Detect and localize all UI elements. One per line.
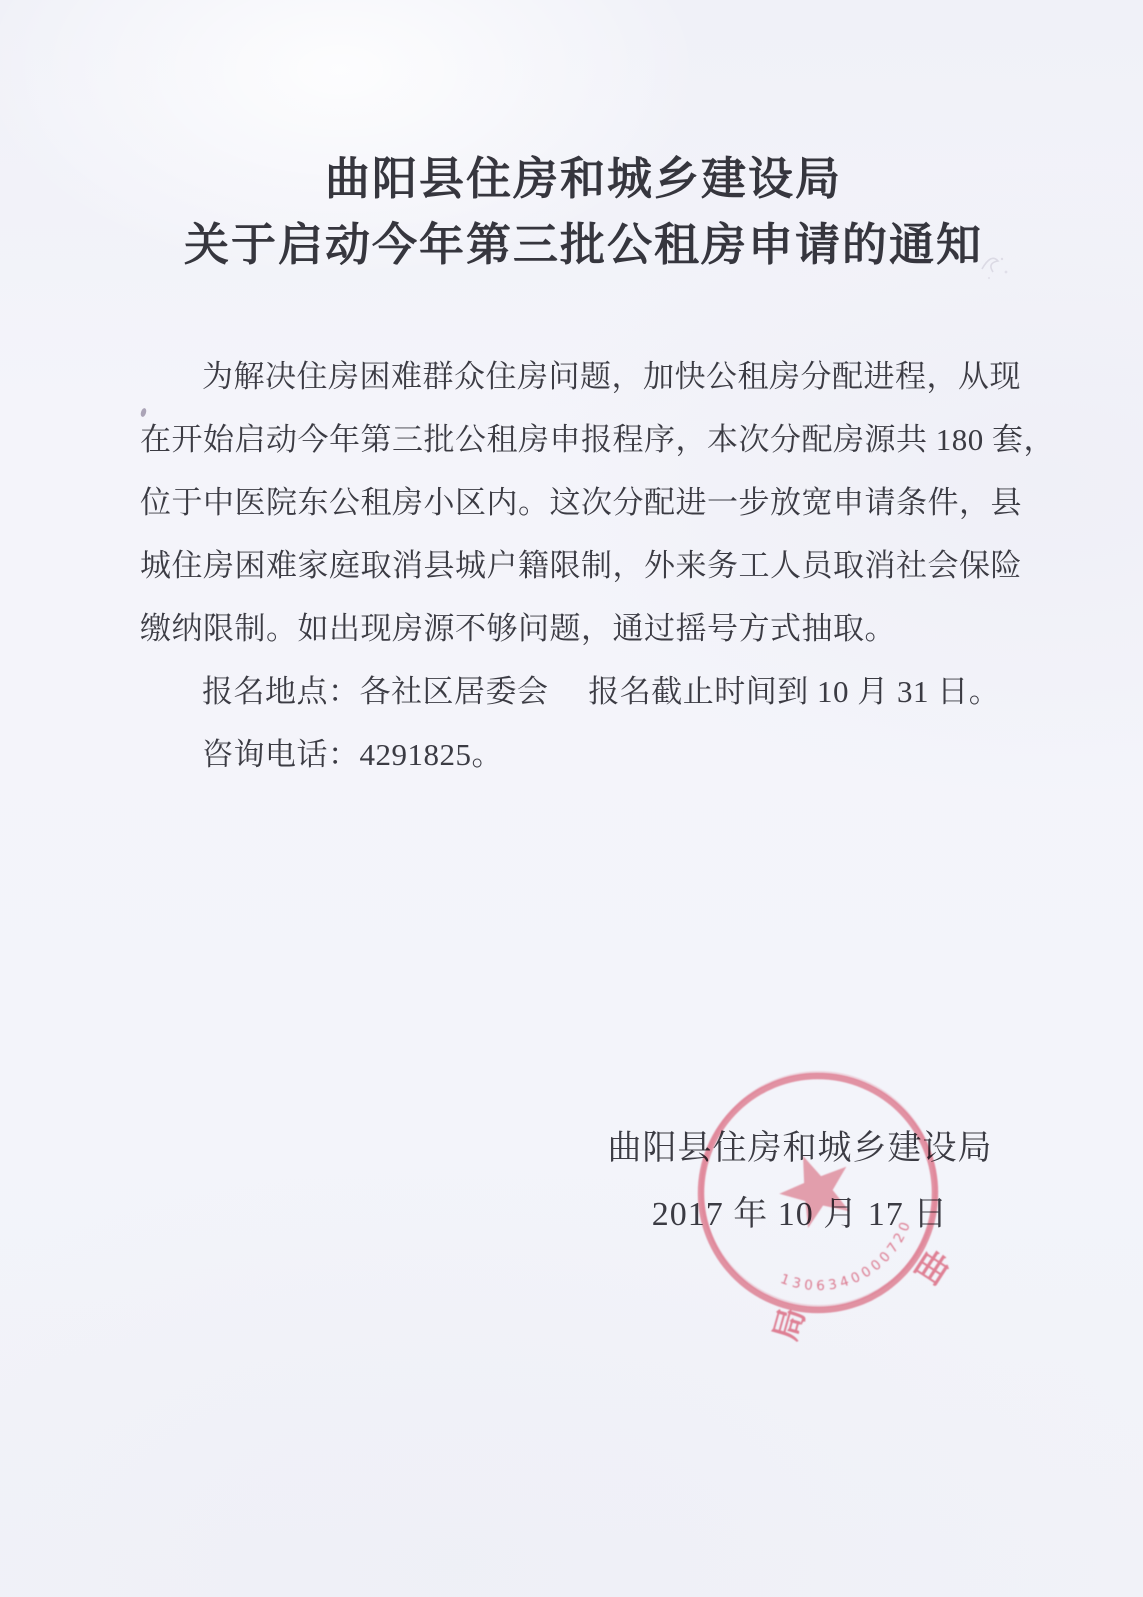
document-body: 为解决住房困难群众住房问题，加快公租房分配进程，从现 在开始启动今年第三批公租房… [140, 345, 1012, 786]
star-icon [770, 1142, 863, 1233]
body-line-phone: 咨询电话：4291825。 [140, 723, 1012, 786]
body-line-registration: 报名地点：各社区居委会 报名截止时间到 10 月 31 日。 [140, 660, 1012, 723]
title-line-issuer: 曲阳县住房和城乡建设局 [12, 146, 1143, 212]
body-line: 城住房困难家庭取消县城户籍限制，外来务工人员取消社会保险 [140, 534, 1012, 597]
body-line: 缴纳限制。如出现房源不够问题，通过摇号方式抽取。 [140, 597, 1012, 660]
body-line: 为解决住房困难群众住房问题，加快公租房分配进程，从现 [140, 345, 1012, 408]
body-line: 位于中医院东公租房小区内。这次分配进一步放宽申请条件，县 [140, 471, 1012, 534]
scanned-notice-page: 曲阳县住房和城乡建设局 关于启动今年第三批公租房申请的通知 为解决住房困难群众住… [0, 0, 1143, 1597]
seal-code-text: 1306340000720 [771, 1212, 929, 1314]
pencil-smudge-mark [972, 245, 1016, 285]
body-line: 在开始启动今年第三批公租房申报程序，本次分配房源共 180 套， [140, 408, 1012, 471]
official-red-seal: 曲阳县住房和城乡建设局 1306340000720 [649, 1024, 987, 1362]
